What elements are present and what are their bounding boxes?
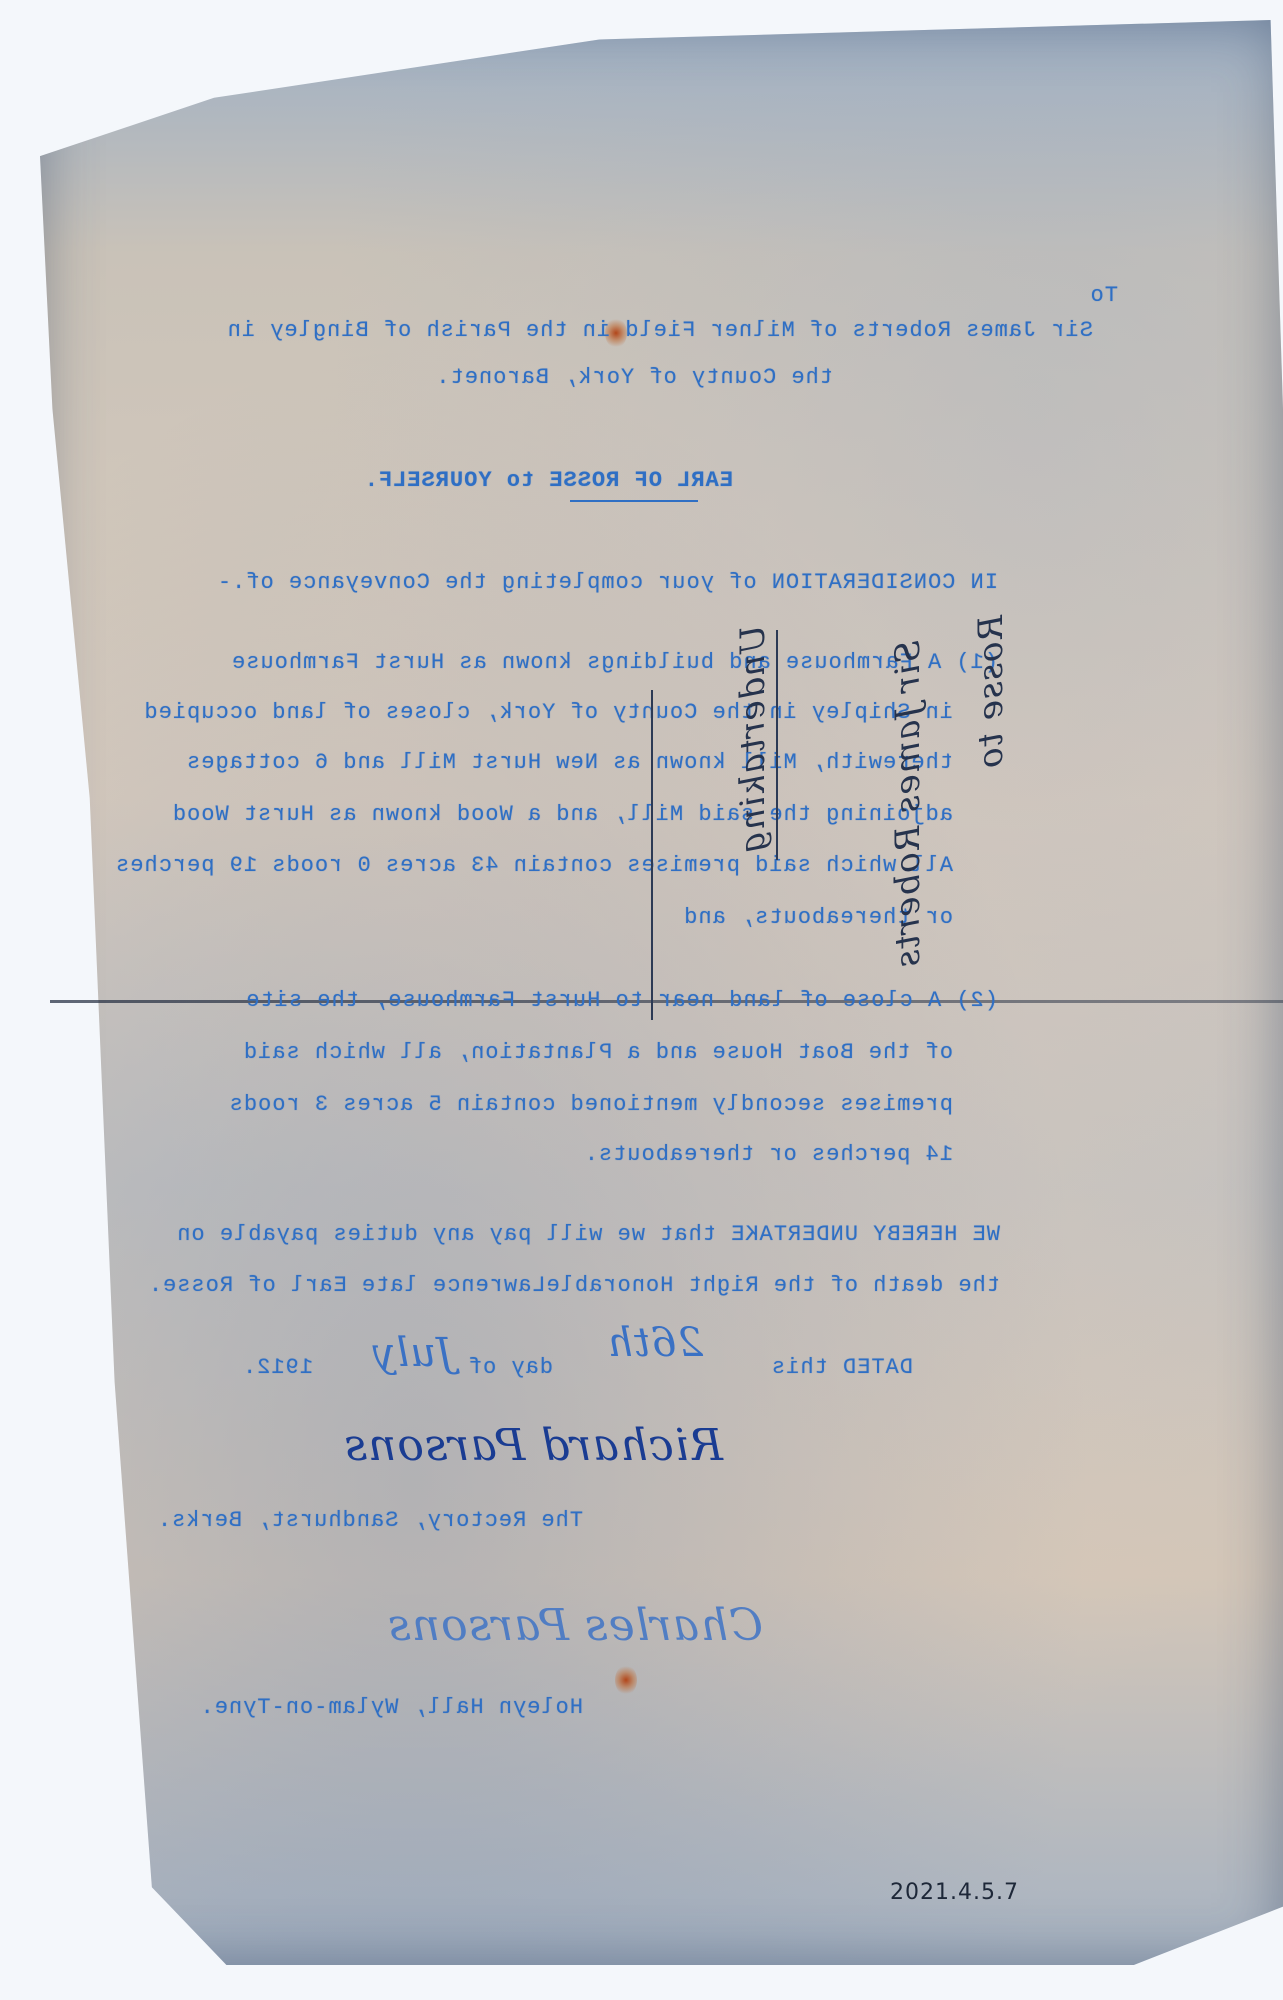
item2-line: of the Boat House and a Plantation, all … [243,1040,953,1065]
item2-line: premises secondly mentioned contain 5 ac… [229,1092,953,1117]
mirrored-typed-letter: To Sir James Roberts of Milner Field in … [0,0,1283,2000]
signature-2: Charles Parsons [387,1600,763,1651]
endorsement-rule [651,690,653,1020]
consideration-clause: IN CONSIDERATION of your completing the … [217,570,998,595]
signatory-2-address: Holeyn Hall, Wylam-on-Tyne. [200,1695,583,1720]
addressee-line-1: Sir James Roberts of Milner Field in the… [227,318,1093,343]
dated-year: 1912. [242,1355,313,1380]
item1-line: in Shipley in the County of York, closes… [143,700,953,725]
letter-heading: EARL OF ROSSE to YOURSELF. [364,468,733,493]
endorsement-line-1: Rosse to [971,615,1011,769]
dated-month-handwritten: July [372,1330,453,1376]
item2-line: (2) A close of land near to Hurst Farmho… [245,988,998,1013]
heading-underline [570,500,698,502]
endorsement-line-2: Sir James Roberts [888,640,928,968]
dated-prefix: DATED this [771,1355,913,1380]
endorsement-line-3: Undertaking [733,625,773,854]
undertaking-line: WE HEREBY UNDERTAKE that we will pay any… [176,1222,1000,1247]
endorsement-rule [776,630,778,860]
addressee-line-2: the County of York, Baronet. [435,365,833,390]
addressee-prefix: To [1090,283,1118,308]
item1-line: All which said premises contain 43 acres… [115,853,953,878]
item1-line: therewith, Mill known as New Hurst Mill … [186,750,953,775]
item2-line: 14 perches or thereabouts. [584,1142,953,1167]
dated-day-handwritten: 26th [606,1320,703,1366]
item1-line: adjoining the said Mill, and a Wood know… [172,802,953,827]
signatory-1-address: The Rectory, Sandhurst, Berks. [157,1508,583,1533]
undertaking-line: the death of the Right HonorableLawrence… [148,1273,1000,1298]
item1-line: (1) A Farmhouse and buildings known as H… [231,650,998,675]
signature-1: Richard Parsons [344,1420,723,1471]
dated-day-of: day of [468,1355,553,1380]
archive-number: 2021.4.5.7 [890,1880,1019,1905]
